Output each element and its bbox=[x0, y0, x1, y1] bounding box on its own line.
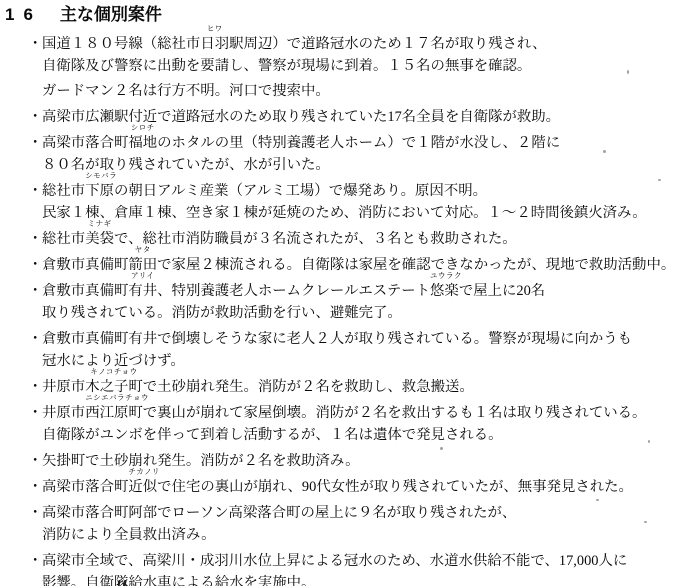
line-text: 消防により全員救出済み。 bbox=[42, 527, 216, 543]
line-text: のホタルの里（特別養護老人ホーム）で１階が水没し、２階に bbox=[157, 135, 560, 151]
bullet-marker: ・ bbox=[28, 550, 42, 572]
line-text: 高梁市落合町 bbox=[42, 479, 128, 495]
bullet-marker: ・ bbox=[28, 502, 42, 524]
line-text: で裏山が崩れて家屋倒壊。消防が２名を救出するも１名は取り残されている。 bbox=[143, 405, 647, 421]
line-text: 自衛隊及び警察に出動を要請し、警察が現場に到着。１５名の無事を確認。 bbox=[42, 58, 531, 74]
scan-speck bbox=[603, 150, 606, 153]
case-line: ・総社市美袋ミナギで、総社市消防職員が３名流されたが、３名とも救助された。 bbox=[28, 228, 678, 250]
ruby-base-text: 近似チカノリ bbox=[128, 476, 157, 498]
line-text: 井原市 bbox=[42, 379, 85, 395]
bullet-marker: ・ bbox=[28, 33, 42, 55]
furigana-annotation: シモバラ bbox=[85, 172, 114, 180]
case-item: ・高梁市落合町近似チカノリで住宅の裏山が崩れ、90代女性が取り残されていたが、無… bbox=[28, 476, 678, 498]
line-text: 倉敷市真備町有井で倒壊しそうな家に老人２人が取り残されている。警察が現場に向かう… bbox=[42, 331, 632, 347]
line-text: 自衛隊がユンボを伴って到着し活動するが、１名は遺体で発見される。 bbox=[42, 427, 503, 443]
ruby-base-text: 美袋ミナギ bbox=[85, 228, 114, 250]
case-item: ・高梁市広瀬駅付近で道路冠水のため取り残されていた17名全員を自衛隊が救助。 bbox=[28, 106, 678, 128]
ruby-base-text: 悠楽ユウラク bbox=[430, 280, 459, 302]
scan-speck bbox=[440, 447, 443, 450]
section-title: 主な個別案件 bbox=[60, 5, 162, 24]
line-text: 総社市 bbox=[42, 231, 85, 247]
case-item: ・総社市美袋ミナギで、総社市消防職員が３名流されたが、３名とも救助された。 bbox=[28, 228, 678, 250]
case-item: ・高梁市落合町阿部でローソン高梁落合町の屋上に９名が取り残されたが、消防により全… bbox=[28, 502, 678, 546]
line-text: 倉敷市真備町 bbox=[42, 283, 128, 299]
furigana-annotation: ユウラク bbox=[430, 272, 459, 280]
furigana-annotation: キノコチョウ bbox=[85, 368, 143, 376]
ruby-base-text: 日羽ヒワ bbox=[200, 33, 229, 55]
line-text: 駅周辺）で道路冠水のため１７名が取り残され、 bbox=[229, 36, 546, 52]
bullet-marker: ・ bbox=[28, 450, 42, 472]
case-item: ・井原市西江原町ニシエバラチョウで裏山が崩れて家屋倒壊。消防が２名を救出するも１… bbox=[28, 402, 678, 446]
bullet-marker: ・ bbox=[28, 132, 42, 154]
bullet-marker: ・ bbox=[28, 476, 42, 498]
case-item: ・倉敷市真備町有井アリイ、特別養護老人ホームクレールエステート悠楽ユウラクで屋上… bbox=[28, 280, 678, 324]
case-line: ・高梁市落合町福地シロチのホタルの里（特別養護老人ホーム）で１階が水没し、２階に bbox=[28, 132, 678, 154]
line-text: 民家１棟、倉庫１棟、空き家１棟が延焼のため、消防において対応。１～２時間後鎮火済… bbox=[42, 205, 647, 221]
line-text: で屋上に20名 bbox=[459, 283, 545, 299]
ruby-base-text: 有井アリイ bbox=[128, 280, 157, 302]
scan-speck bbox=[627, 70, 629, 74]
case-line: 消防により全員救出済み。 bbox=[28, 524, 678, 546]
line-text: で、総社市消防職員が３名流されたが、３名とも救助された。 bbox=[114, 231, 517, 247]
case-item: ・国道１８０号線（総社市日羽ヒワ駅周辺）で道路冠水のため１７名が取り残され、自衛… bbox=[28, 33, 678, 102]
case-line: 取り残されている。消防が救助活動を行い、避難完了。 bbox=[28, 302, 678, 324]
furigana-annotation: ヒワ bbox=[200, 25, 229, 33]
ruby-base-text: 福地シロチ bbox=[128, 132, 157, 154]
section-heading: 16主な個別案件 bbox=[0, 0, 678, 26]
case-line: 民家１棟、倉庫１棟、空き家１棟が延焼のため、消防において対応。１～２時間後鎮火済… bbox=[28, 202, 678, 224]
document-page: 16主な個別案件 ・国道１８０号線（総社市日羽ヒワ駅周辺）で道路冠水のため１７名… bbox=[0, 0, 678, 586]
case-line: ・高梁市広瀬駅付近で道路冠水のため取り残されていた17名全員を自衛隊が救助。 bbox=[28, 106, 678, 128]
case-line: ・倉敷市真備町箭田ヤタで家屋２棟流される。自衛隊は家屋を確認できなかったが、現地… bbox=[28, 254, 678, 276]
line-text: の朝日アルミ産業（アルミ工場）で爆発あり。原因不明。 bbox=[114, 183, 487, 199]
line-text: 倉敷市真備町 bbox=[42, 257, 128, 273]
line-text: 高梁市全域で、高梁川・成羽川水位上昇による冠水のため、水道水供給不能で、17,0… bbox=[42, 553, 627, 569]
bullet-marker: ・ bbox=[28, 280, 42, 302]
case-line: ・倉敷市真備町有井アリイ、特別養護老人ホームクレールエステート悠楽ユウラクで屋上… bbox=[28, 280, 678, 302]
line-text: 矢掛町で土砂崩れ発生。消防が２名を救助済み。 bbox=[42, 453, 359, 469]
case-line: ・井原市西江原町ニシエバラチョウで裏山が崩れて家屋倒壊。消防が２名を救出するも１… bbox=[28, 402, 678, 424]
case-item: ・矢掛町で土砂崩れ発生。消防が２名を救助済み。 bbox=[28, 450, 678, 472]
furigana-annotation: アリイ bbox=[128, 272, 157, 280]
bullet-marker: ・ bbox=[28, 228, 42, 250]
ruby-base-text: 下原シモバラ bbox=[85, 180, 114, 202]
bullet-marker: ・ bbox=[28, 254, 42, 276]
line-text: 国道１８０号線（総社市 bbox=[42, 36, 200, 52]
bullet-marker: ・ bbox=[28, 106, 42, 128]
case-line: ガードマン２名は行方不明。河口で捜索中。 bbox=[28, 80, 678, 102]
case-line: ・倉敷市真備町有井で倒壊しそうな家に老人２人が取り残されている。警察が現場に向か… bbox=[28, 328, 678, 350]
line-text: 、特別養護老人ホームクレールエステート bbox=[157, 283, 430, 299]
scan-speck bbox=[644, 521, 647, 523]
case-line: 自衛隊がユンボを伴って到着し活動するが、１名は遺体で発見される。 bbox=[28, 424, 678, 446]
bullet-marker: ・ bbox=[28, 376, 42, 398]
case-line: ・国道１８０号線（総社市日羽ヒワ駅周辺）で道路冠水のため１７名が取り残され、 bbox=[28, 33, 678, 55]
furigana-annotation: チカノリ bbox=[128, 468, 157, 476]
section-number: 16 bbox=[5, 5, 42, 24]
case-list: ・国道１８０号線（総社市日羽ヒワ駅周辺）で道路冠水のため１７名が取り残され、自衛… bbox=[0, 33, 678, 586]
case-line: ・総社市下原シモバラの朝日アルミ産業（アルミ工場）で爆発あり。原因不明。 bbox=[28, 180, 678, 202]
case-line: ・高梁市落合町阿部でローソン高梁落合町の屋上に９名が取り残されたが、 bbox=[28, 502, 678, 524]
case-line: ・高梁市落合町近似チカノリで住宅の裏山が崩れ、90代女性が取り残されていたが、無… bbox=[28, 476, 678, 498]
line-text: 影響。自衛隊給水車による給水を実施中。 bbox=[42, 575, 315, 586]
line-text: 井原市 bbox=[42, 405, 85, 421]
line-text: 高梁市広瀬駅付近で道路冠水のため取り残されていた17名全員を自衛隊が救助。 bbox=[42, 109, 560, 125]
line-text: 高梁市落合町 bbox=[42, 135, 128, 151]
furigana-annotation: ヤタ bbox=[128, 246, 157, 254]
case-line: ・矢掛町で土砂崩れ発生。消防が２名を救助済み。 bbox=[28, 450, 678, 472]
case-item: ・倉敷市真備町箭田ヤタで家屋２棟流される。自衛隊は家屋を確認できなかったが、現地… bbox=[28, 254, 678, 276]
case-line: ・高梁市全域で、高梁川・成羽川水位上昇による冠水のため、水道水供給不能で、17,… bbox=[28, 550, 678, 572]
line-text: で土砂崩れ発生。消防が２名を救助し、救急搬送。 bbox=[143, 379, 474, 395]
bullet-marker: ・ bbox=[28, 328, 42, 350]
furigana-annotation: ニシエバラチョウ bbox=[85, 394, 143, 402]
scan-speck bbox=[648, 440, 650, 443]
cutoff-furigana-marks bbox=[118, 580, 136, 586]
case-item: ・高梁市落合町福地シロチのホタルの里（特別養護老人ホーム）で１階が水没し、２階に… bbox=[28, 132, 678, 176]
furigana-annotation: ミナギ bbox=[85, 220, 114, 228]
line-text: 総社市 bbox=[42, 183, 85, 199]
case-item: ・倉敷市真備町有井で倒壊しそうな家に老人２人が取り残されている。警察が現場に向か… bbox=[28, 328, 678, 372]
case-item: ・総社市下原シモバラの朝日アルミ産業（アルミ工場）で爆発あり。原因不明。民家１棟… bbox=[28, 180, 678, 224]
line-text: ガードマン２名は行方不明。河口で捜索中。 bbox=[42, 83, 330, 99]
scan-speck bbox=[658, 179, 661, 181]
line-text: 取り残されている。消防が救助活動を行い、避難完了。 bbox=[42, 305, 402, 321]
line-text: 高梁市落合町阿部でローソン高梁落合町の屋上に９名が取り残されたが、 bbox=[42, 505, 516, 521]
line-text: で住宅の裏山が崩れ、90代女性が取り残されていたが、無事発見された。 bbox=[157, 479, 633, 495]
bullet-marker: ・ bbox=[28, 402, 42, 424]
case-line: ８０名が取り残されていたが、水が引いた。 bbox=[28, 154, 678, 176]
ruby-base-text: 西江原町ニシエバラチョウ bbox=[85, 402, 143, 424]
furigana-annotation: シロチ bbox=[128, 124, 157, 132]
line-text: で家屋２棟流される。自衛隊は家屋を確認できなかったが、現地で救助活動中。 bbox=[157, 257, 675, 273]
case-line: 自衛隊及び警察に出動を要請し、警察が現場に到着。１５名の無事を確認。 bbox=[28, 55, 678, 77]
bullet-marker: ・ bbox=[28, 180, 42, 202]
scan-speck bbox=[596, 499, 599, 501]
